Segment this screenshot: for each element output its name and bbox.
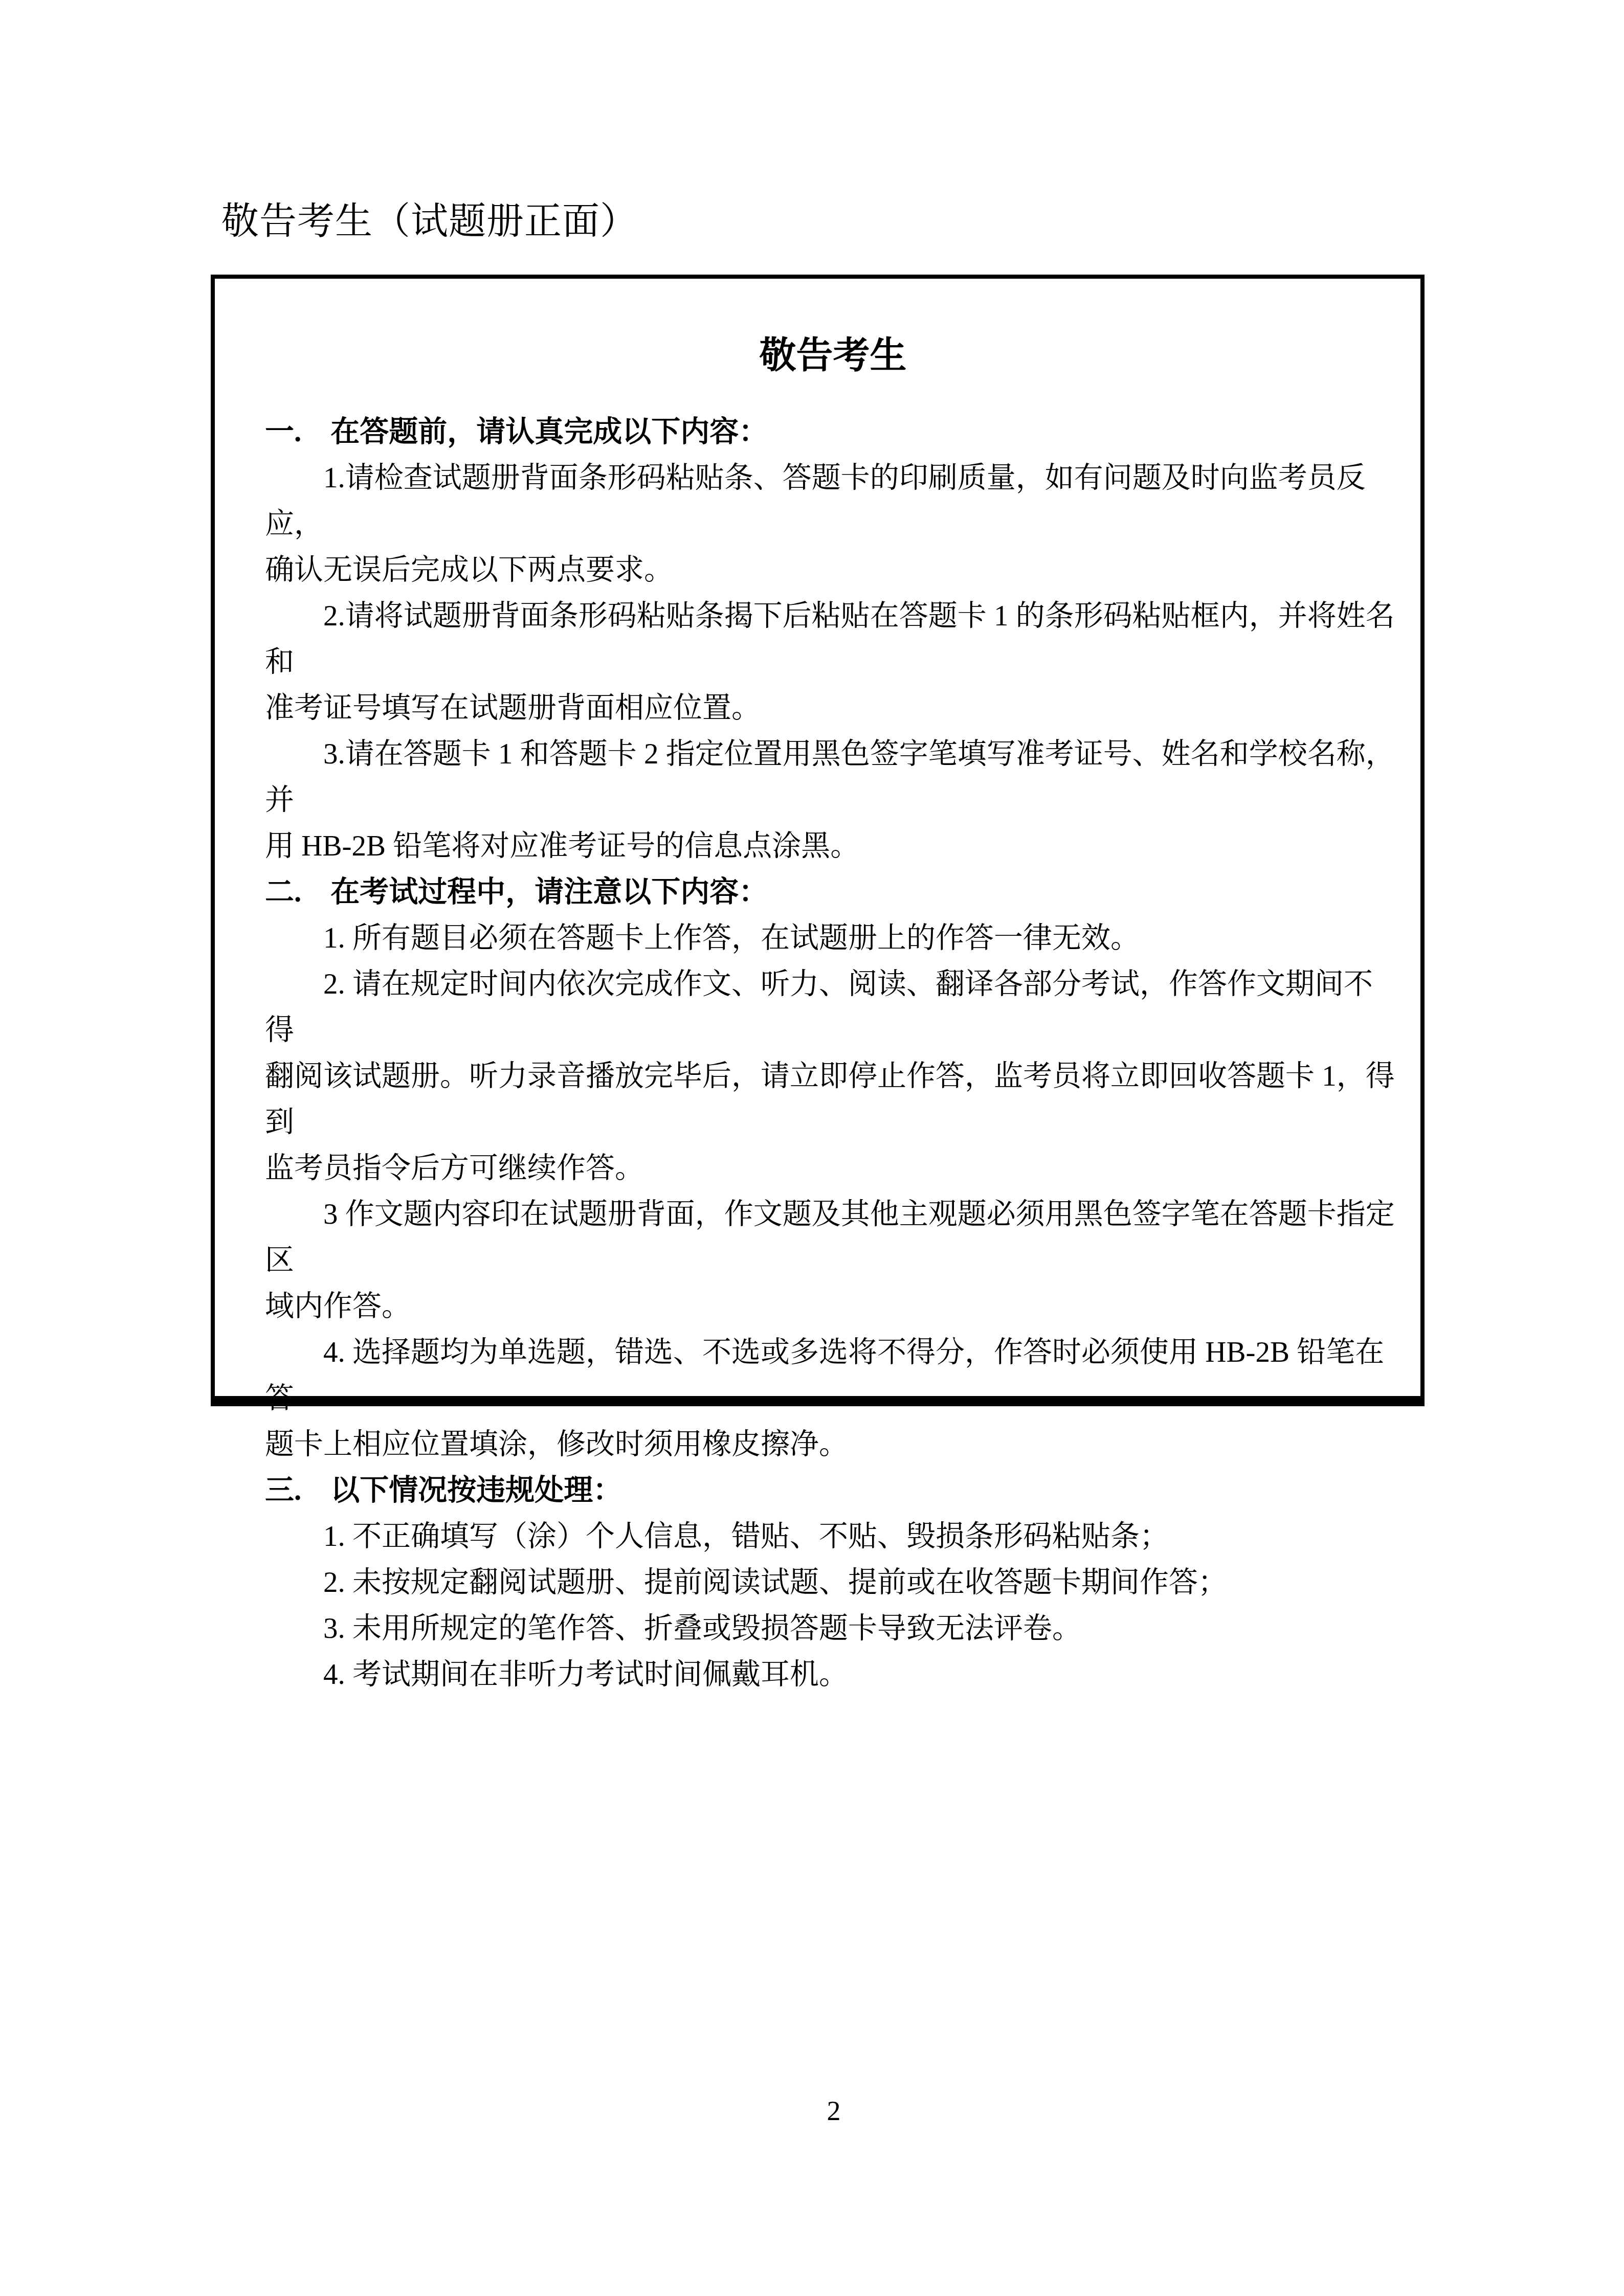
section-1-heading: 一. 在答题前，请认真完成以下内容： [265,409,1401,455]
section-3-item-2: 2. 未按规定翻阅试题册、提前阅读试题、提前或在收答题卡期间作答； [265,1560,1401,1606]
section-1-item-2: 2.请将试题册背面条形码粘贴条揭下后粘贴在答题卡 1 的条形码粘贴框内，并将姓名… [265,593,1401,731]
section-2-item-4: 4. 选择题均为单选题，错选、不选或多选将不得分，作答时必须使用 HB-2B 铅… [265,1330,1401,1468]
section-1-item-1: 1.请检查试题册背面条形码粘贴条、答题卡的印刷质量，如有问题及时向监考员反应， … [265,455,1401,593]
section-3-item-3: 3. 未用所规定的笔作答、折叠或毁损答题卡导致无法评卷。 [265,1606,1401,1652]
section-1-item-3: 3.请在答题卡 1 和答题卡 2 指定位置用黑色签字笔填写准考证号、姓名和学校名… [265,731,1401,869]
section-2-item-3: 3 作文题内容印在试题册背面，作文题及其他主观题必须用黑色签字笔在答题卡指定区 … [265,1191,1401,1330]
notice-box: 敬告考生 一. 在答题前，请认真完成以下内容： 1.请检查试题册背面条形码粘贴条… [211,275,1425,1406]
section-2-heading: 二. 在考试过程中，请注意以下内容： [265,869,1401,915]
section-2-item-2: 2. 请在规定时间内依次完成作文、听力、阅读、翻译各部分考试，作答作文期间不得 … [265,961,1401,1191]
section-2-item-1: 1. 所有题目必须在答题卡上作答，在试题册上的作答一律无效。 [265,915,1401,961]
section-3-heading: 三. 以下情况按违规处理： [265,1468,1401,1514]
section-3-item-4: 4. 考试期间在非听力考试时间佩戴耳机。 [265,1652,1401,1698]
section-3-item-1: 1. 不正确填写（涂）个人信息，错贴、不贴、毁损条形码粘贴条； [265,1514,1401,1560]
notice-title: 敬告考生 [265,330,1401,381]
page-heading: 敬告考生（试题册正面） [221,196,638,247]
page-number: 2 [827,2096,841,2126]
